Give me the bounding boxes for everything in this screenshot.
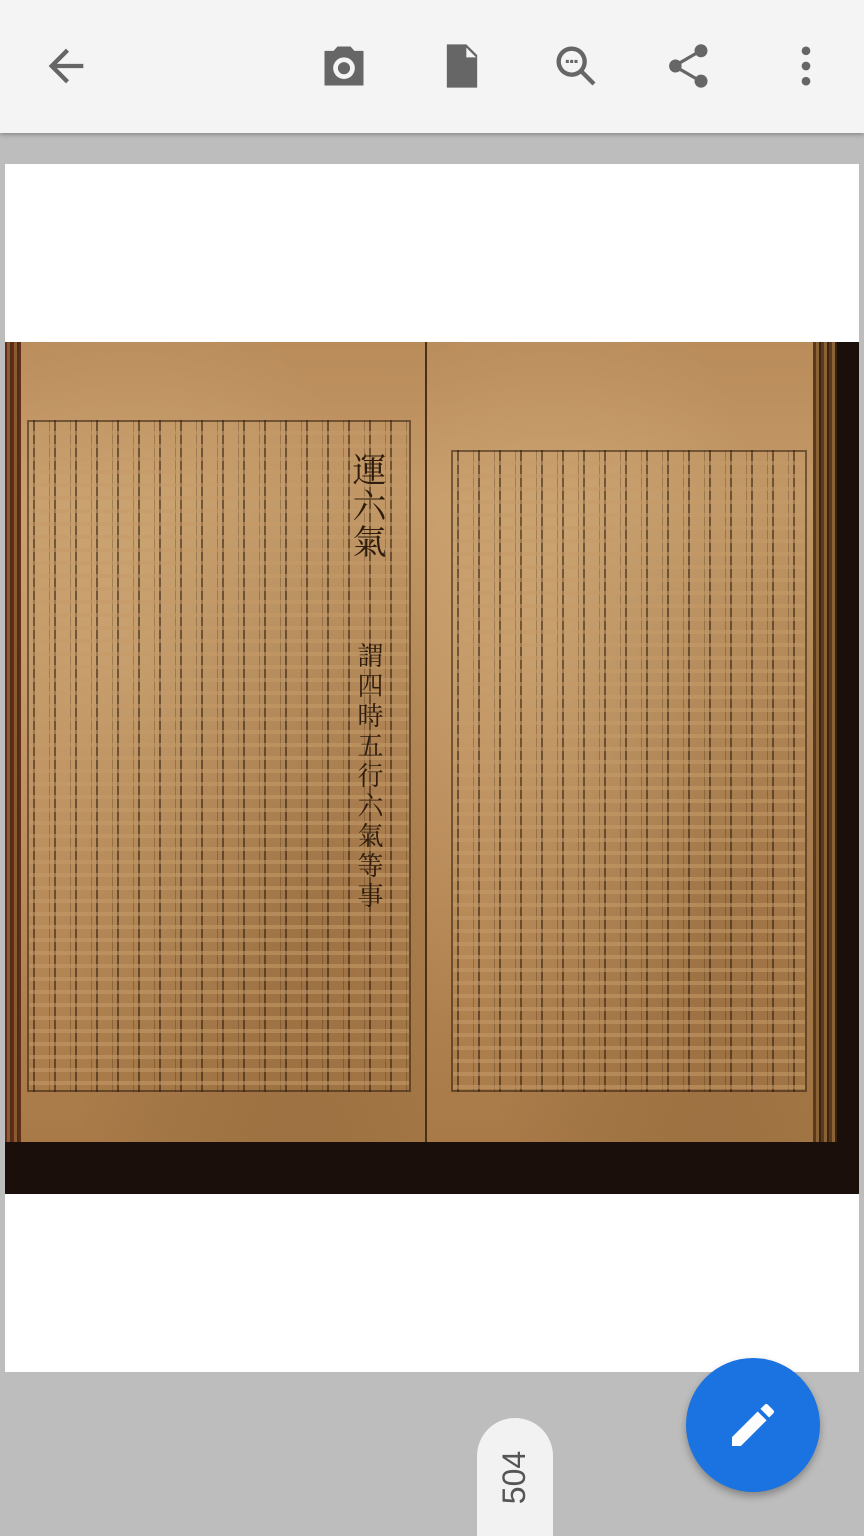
pencil-icon — [725, 1397, 781, 1453]
search-in-document-button[interactable] — [540, 30, 612, 102]
right-text-block — [451, 450, 807, 1092]
share-button[interactable] — [652, 30, 724, 102]
left-leaf: 運六氣 謂四時五行六氣等事 — [5, 342, 427, 1142]
more-options-button[interactable] — [770, 30, 842, 102]
right-leaf — [427, 342, 837, 1142]
scan-subheading: 謂四時五行六氣等事 — [353, 642, 387, 912]
back-button[interactable] — [30, 30, 102, 102]
document-button[interactable] — [426, 30, 498, 102]
scanned-book-image: 運六氣 謂四時五行六氣等事 — [5, 342, 859, 1194]
book-shadow — [5, 1142, 859, 1194]
file-icon — [436, 40, 488, 92]
page-edges-left — [5, 342, 21, 1142]
page-number-badge[interactable]: 504 — [477, 1418, 553, 1536]
top-app-bar — [0, 0, 864, 133]
scan-heading: 運六氣 — [345, 452, 391, 560]
camera-button[interactable] — [308, 30, 380, 102]
more-vert-icon — [780, 40, 832, 92]
zoom-search-icon — [550, 40, 602, 92]
edit-fab-button[interactable] — [686, 1358, 820, 1492]
camera-icon — [318, 40, 370, 92]
page-edges-right — [813, 342, 837, 1142]
arrow-left-icon — [40, 40, 92, 92]
page-number: 504 — [496, 1450, 533, 1503]
share-icon — [662, 40, 714, 92]
